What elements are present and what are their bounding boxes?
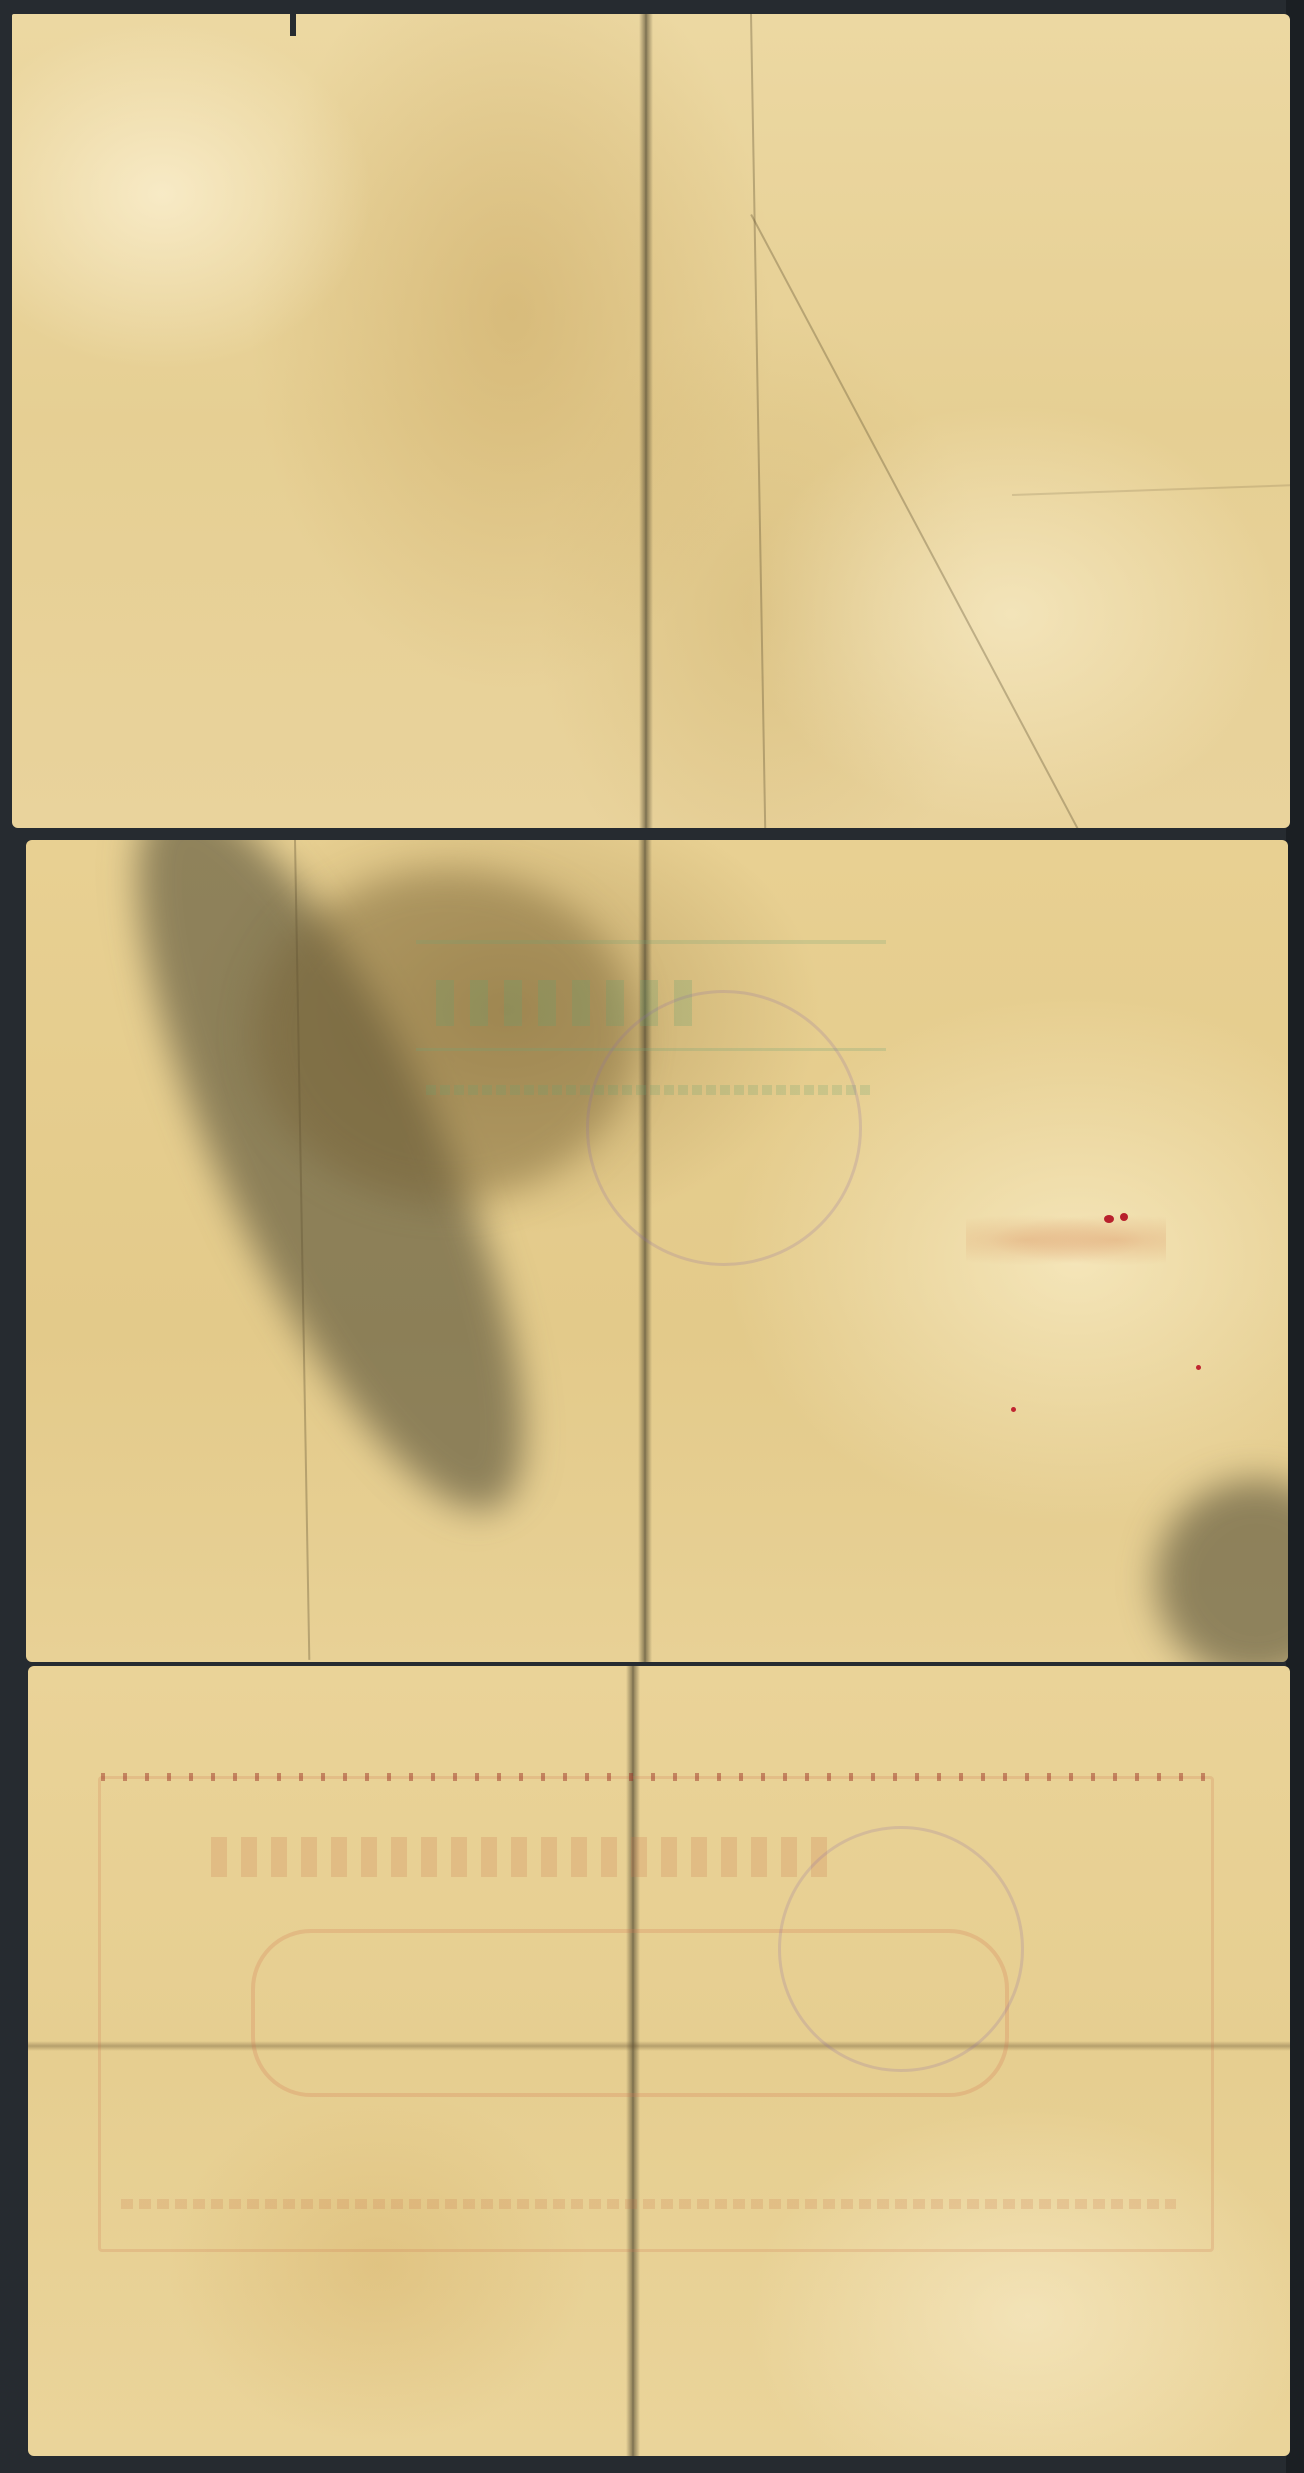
vertical-fold — [638, 840, 652, 1662]
banknote-2-reverse — [26, 840, 1288, 1662]
banknote-3-reverse — [28, 1666, 1290, 2456]
vertical-fold — [626, 1666, 640, 2456]
red-ink-speck — [1104, 1215, 1114, 1223]
vertical-fold — [639, 14, 653, 828]
horizontal-fold — [28, 2041, 1290, 2051]
red-ink-speck — [1196, 1365, 1201, 1370]
stamp-showthrough — [586, 990, 862, 1266]
dark-stain — [256, 870, 636, 1200]
red-ink-speck — [1011, 1407, 1016, 1412]
edge-notch — [290, 14, 296, 36]
banknote-1-reverse — [12, 14, 1290, 828]
paper-texture — [28, 1666, 1290, 2456]
red-ink-speck — [1120, 1213, 1128, 1221]
stamp-showthrough — [778, 1826, 1024, 2072]
